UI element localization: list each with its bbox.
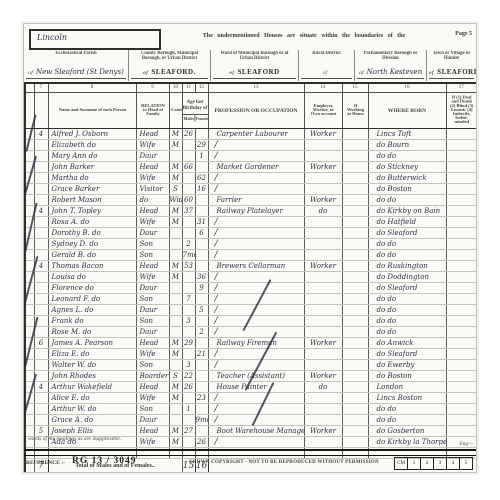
cell-age-female: 26 (195, 437, 208, 448)
cell-age-male: 29 (182, 338, 195, 349)
admin-county-value: Lincoln (37, 33, 67, 42)
header-name: Name and Surname of each Person (48, 93, 136, 129)
cell-condition (169, 404, 182, 415)
table-row: Grace A. do Daur 9mo ∕ do do (25, 415, 476, 426)
cell-occupation: ∕ (208, 173, 304, 184)
cell-employer: Worker (304, 195, 342, 206)
cell-age-female (195, 316, 208, 327)
cell-employer (304, 239, 342, 250)
column-number-row: 7 8 9 10 11 12 13 14 15 16 17 (25, 83, 476, 93)
cell-occupation: Farrier (208, 195, 304, 206)
cell-rooms (34, 415, 48, 426)
cell-name: Martha do (48, 173, 136, 184)
cell-occupation: ∕ (208, 437, 304, 448)
cell-name: Eliza E. do (48, 349, 136, 360)
cell-occupation: ∕ (208, 316, 304, 327)
cell-infirmity (446, 393, 476, 404)
cell-name: Arthur Wakefield (48, 382, 136, 393)
cell-age-male (182, 393, 195, 404)
cell-occupation: ∕ (208, 140, 304, 151)
cell-condition: M (169, 338, 182, 349)
cell-age-female (195, 426, 208, 437)
table-row: Rosa A. do Wife M 31 ∕ do Hatfield (25, 217, 476, 228)
cm-ruler: CM 1 2 3 4 5 (394, 457, 473, 470)
cell-relation: Son (136, 294, 169, 305)
cell-condition (169, 305, 182, 316)
cell-infirmity (446, 129, 476, 140)
table-row: 4 John T. Topley Head M 37 Railway Plate… (25, 206, 476, 217)
cell-age-male (182, 327, 195, 338)
cell-where-born: do do (368, 151, 446, 162)
cell-where-born: do Sleaford (368, 283, 446, 294)
cell-relation: Son (136, 316, 169, 327)
cell-age-female: 6 (195, 228, 208, 239)
cell-where-born: do do (368, 250, 446, 261)
cell-condition (169, 228, 182, 239)
cell-age-male (182, 415, 195, 426)
cell-name: Gerald B. do (48, 250, 136, 261)
table-row: 4 Thomas Bacon Head M 53 Brewers Cellarm… (25, 261, 476, 272)
cell-age-male: 26 (182, 129, 195, 140)
cell-where-born: do Kirkby on Bain (368, 206, 446, 217)
cell-where-born: do do (368, 239, 446, 250)
cell-working-home (342, 316, 368, 327)
cell-occupation: House Painter (208, 382, 304, 393)
cell-name: Arthur W. do (48, 404, 136, 415)
cell-rooms: 4 (34, 129, 48, 140)
cell-age-female: 2 (195, 327, 208, 338)
cell-infirmity (446, 316, 476, 327)
cell-infirmity (446, 283, 476, 294)
reference-label: REFERENCE :- (26, 460, 65, 466)
table-row: Florence do Daur 9 ∕ do Sleaford (25, 283, 476, 294)
cell-houses (25, 415, 34, 426)
cell-relation: do (136, 195, 169, 206)
cell-working-home (342, 371, 368, 382)
cell-working-home (342, 195, 368, 206)
cell-age-female (195, 195, 208, 206)
cell-infirmity (446, 426, 476, 437)
copyright-notice: CROWN COPYRIGHT - NOT TO BE REPRODUCED W… (189, 460, 379, 465)
cell-name: Thomas Bacon (48, 261, 136, 272)
cell-where-born: do Sleaford (368, 349, 446, 360)
admin-county-box: Lincoln (29, 29, 161, 50)
cell-relation: Daur (136, 305, 169, 316)
cell-condition: M (169, 426, 182, 437)
cell-employer (304, 272, 342, 283)
cell-employer (304, 305, 342, 316)
cell-rooms (34, 283, 48, 294)
admin-parliamentary-division: Parliamentary Borough or Division ofNort… (354, 50, 426, 81)
cell-condition (169, 360, 182, 371)
cell-employer: do (304, 382, 342, 393)
admin-ecclesiastical-parish: Ecclesiastical Parish ofNew Sleaford (St… (24, 50, 128, 81)
cell-rooms (34, 217, 48, 228)
cell-working-home (342, 294, 368, 305)
cell-employer (304, 415, 342, 426)
cell-employer (304, 140, 342, 151)
cell-infirmity (446, 195, 476, 206)
cell-relation: Daur (136, 283, 169, 294)
cell-infirmity (446, 382, 476, 393)
cell-where-born: Lincs Boston (368, 393, 446, 404)
cell-employer: Worker (304, 338, 342, 349)
cell-age-female (195, 261, 208, 272)
cell-working-home (342, 327, 368, 338)
header-working-home: If Working at Home (342, 93, 368, 129)
table-row: Leonard F. do Son 7 ∕ do do (25, 294, 476, 305)
table-body: 4 Alfred J. Osborn Head M 26 Carpenter L… (25, 129, 476, 459)
cell-name: John T. Topley (48, 206, 136, 217)
cell-employer: do (304, 206, 342, 217)
cell-occupation: ∕ (208, 327, 304, 338)
cell-working-home (342, 360, 368, 371)
cell-condition: M (169, 393, 182, 404)
cell-rooms (34, 173, 48, 184)
cell-age-female: 5 (195, 305, 208, 316)
cell-relation: Wife (136, 272, 169, 283)
cell-rooms (34, 239, 48, 250)
cell-condition: M (169, 129, 182, 140)
cell-occupation: ∕ (208, 239, 304, 250)
cell-where-born: do Bourn (368, 140, 446, 151)
cell-relation: Wife (136, 437, 169, 448)
cell-where-born: do Butterwick (368, 173, 446, 184)
cell-name: Rose M. do (48, 327, 136, 338)
cell-age-female: 23 (195, 393, 208, 404)
header-occupation: PROFESSION OR OCCUPATION (208, 93, 304, 129)
table-row: 4 Arthur Wakefield Head M 26 House Paint… (25, 382, 476, 393)
cell-name: Rosa A. do (48, 217, 136, 228)
header-age: Age last Birthday of Males Females (182, 93, 208, 129)
cell-occupation: Railway Platelayer (208, 206, 304, 217)
cell-occupation: Teacher (Assistant) (208, 371, 304, 382)
cell-age-female (195, 294, 208, 305)
cell-working-home (342, 261, 368, 272)
cell-infirmity (446, 305, 476, 316)
cell-condition (169, 239, 182, 250)
table-row: Rose M. do Daur 2 ∕ do do (25, 327, 476, 338)
census-scan-page: Lincoln The undermentioned Houses are si… (24, 24, 476, 472)
cell-infirmity (446, 360, 476, 371)
cell-relation: Head (136, 129, 169, 140)
cell-where-born: do do (368, 415, 446, 426)
cell-relation: Wife (136, 393, 169, 404)
cell-age-male (182, 173, 195, 184)
cell-condition: M (169, 206, 182, 217)
cell-employer (304, 294, 342, 305)
cell-occupation: ∕ (208, 228, 304, 239)
cell-infirmity (446, 371, 476, 382)
cell-condition: M (169, 261, 182, 272)
table-row: Sydney D. do Son 2 ∕ do do (25, 239, 476, 250)
cell-rooms (34, 184, 48, 195)
cell-name: Louisa do (48, 272, 136, 283)
cell-age-male (182, 272, 195, 283)
cell-age-female (195, 360, 208, 371)
cell-employer: Worker (304, 426, 342, 437)
cell-name: Alfred J. Osborn (48, 129, 136, 140)
cell-employer: Worker (304, 162, 342, 173)
cell-occupation: ∕ (208, 184, 304, 195)
cell-age-male: 3 (182, 360, 195, 371)
cell-condition: M (169, 382, 182, 393)
cell-working-home (342, 404, 368, 415)
cell-working-home (342, 283, 368, 294)
cell-name: Joseph Ellis (48, 426, 136, 437)
cell-age-male (182, 283, 195, 294)
cell-name: Agnes L. do (48, 305, 136, 316)
table-row: Robert Mason do Widr 60 Farrier Worker d… (25, 195, 476, 206)
cell-rooms (34, 371, 48, 382)
table-row: Grace Barker Visitor S 16 ∕ do Boston (25, 184, 476, 195)
cell-working-home (342, 437, 368, 448)
cell-condition: S (169, 371, 182, 382)
cell-age-female: 1 (195, 151, 208, 162)
cell-relation: Visitor (136, 184, 169, 195)
cell-relation: Son (136, 360, 169, 371)
cell-age-female (195, 404, 208, 415)
cell-age-male (182, 184, 195, 195)
cell-rooms (34, 140, 48, 151)
cell-rooms (34, 349, 48, 360)
cell-working-home (342, 382, 368, 393)
cell-name: John Rhodes (48, 371, 136, 382)
cell-occupation: Market Gardener (208, 162, 304, 173)
cell-name: John Barker (48, 162, 136, 173)
cell-rooms: 5 (34, 426, 48, 437)
table-row: Eliza E. do Wife M 21 ∕ do Sleaford (25, 349, 476, 360)
cell-age-female: 36 (195, 272, 208, 283)
cell-rooms (34, 360, 48, 371)
cell-infirmity (446, 250, 476, 261)
cell-age-female (195, 338, 208, 349)
cell-condition: Widr (169, 195, 182, 206)
table-row: 6 James A. Pearson Head M 29 Railway Fir… (25, 338, 476, 349)
cell-employer (304, 151, 342, 162)
cell-employer: Worker (304, 129, 342, 140)
table-row: Elizabeth do Wife M 29 ∕ do Bourn (25, 140, 476, 151)
cell-age-male: 27 (182, 426, 195, 437)
cell-where-born: London (368, 382, 446, 393)
cell-employer (304, 327, 342, 338)
header-condition: Condition (169, 93, 182, 129)
cell-working-home (342, 338, 368, 349)
cell-condition: M (169, 349, 182, 360)
cell-occupation: Brewers Cellarman (208, 261, 304, 272)
table-row: 5 Joseph Ellis Head M 27 Boot Warehouse … (25, 426, 476, 437)
cell-age-male: 60 (182, 195, 195, 206)
cell-where-born: do do (368, 316, 446, 327)
cell-working-home (342, 393, 368, 404)
cell-infirmity (446, 206, 476, 217)
cell-employer (304, 250, 342, 261)
cell-employer (304, 316, 342, 327)
cell-age-female: 9 (195, 283, 208, 294)
cell-condition (169, 250, 182, 261)
cell-condition: M (169, 437, 182, 448)
cell-age-female: 29 (195, 140, 208, 151)
cell-rooms (34, 294, 48, 305)
cell-name: Leonard F. do (48, 294, 136, 305)
cell-name: Robert Mason (48, 195, 136, 206)
page-title: The undermentioned Houses are situate wi… (154, 33, 454, 39)
cell-houses (25, 305, 34, 316)
cell-where-born: do Stickney (368, 162, 446, 173)
admin-rural-district: Rural District of (298, 50, 354, 81)
table-row: Walter W. do Son 3 ∕ do Ewerby (25, 360, 476, 371)
cell-relation: Wife (136, 140, 169, 151)
cell-infirmity (446, 338, 476, 349)
cell-where-born: do Hatfield (368, 217, 446, 228)
cell-age-male (182, 217, 195, 228)
cell-where-born: Lincs Toft (368, 129, 446, 140)
cell-infirmity (446, 151, 476, 162)
cell-rooms (34, 162, 48, 173)
cell-age-male: 7mo (182, 250, 195, 261)
cell-relation: Boarder (136, 371, 169, 382)
cell-working-home (342, 349, 368, 360)
cell-rooms (34, 272, 48, 283)
cell-infirmity (446, 140, 476, 151)
cell-rooms (34, 393, 48, 404)
cell-working-home (342, 151, 368, 162)
cell-condition: S (169, 184, 182, 195)
cell-where-born: do do (368, 404, 446, 415)
table-row: Alice E. do Wife M 23 ∕ Lincs Boston (25, 393, 476, 404)
cell-infirmity (446, 327, 476, 338)
cell-occupation: ∕ (208, 349, 304, 360)
table-row: Gerald B. do Son 7mo ∕ do do (25, 250, 476, 261)
cell-employer: Worker (304, 371, 342, 382)
cell-age-female (195, 162, 208, 173)
cell-age-male (182, 140, 195, 151)
table-row: Dorothy B. do Daur 6 ∕ do Sleaford (25, 228, 476, 239)
admin-ward: Ward of Municipal Borough or of Urban Di… (210, 50, 298, 81)
cell-condition (169, 415, 182, 426)
admin-town-village: Town or Village or Hamlet ofSLEAFORD (426, 50, 476, 81)
cell-age-female (195, 129, 208, 140)
cell-occupation: ∕ (208, 283, 304, 294)
cell-houses (25, 195, 34, 206)
cell-working-home (342, 173, 368, 184)
cell-infirmity (446, 162, 476, 173)
cell-infirmity (446, 349, 476, 360)
cell-age-male (182, 349, 195, 360)
header-relation: RELATION to Head of Family (136, 93, 169, 129)
cell-condition: M (169, 217, 182, 228)
cell-name: Grace Barker (48, 184, 136, 195)
cell-infirmity (446, 217, 476, 228)
header-infirmity: If (1) Deaf and Dumb (2) Blind (3) Lunat… (446, 93, 476, 129)
cell-employer (304, 228, 342, 239)
cell-where-born: do Kirkby la Thorpe (368, 437, 446, 448)
cell-age-male: 53 (182, 261, 195, 272)
cell-age-female: 62 (195, 173, 208, 184)
cell-employer (304, 404, 342, 415)
cell-age-female (195, 239, 208, 250)
cell-rooms: 6 (34, 338, 48, 349)
cell-name: Alice E. do (48, 393, 136, 404)
cell-age-female (195, 206, 208, 217)
cell-age-male: 2 (182, 239, 195, 250)
column-header-row: Name and Surname of each Person RELATION… (25, 93, 476, 129)
header-where-born: WHERE BORN (368, 93, 446, 129)
cell-where-born: do Gosberton (368, 426, 446, 437)
cell-infirmity (446, 173, 476, 184)
table-row: Louisa do Wife M 36 ∕ do Doddington (25, 272, 476, 283)
cell-where-born: do do (368, 294, 446, 305)
cell-working-home (342, 217, 368, 228)
table-row: Martha do Wife M 62 ∕ do Butterwick (25, 173, 476, 184)
cell-where-born: do Sleaford (368, 228, 446, 239)
table-row: Mary Ann do Daur 1 ∕ do do (25, 151, 476, 162)
cell-where-born: do Boston (368, 184, 446, 195)
cell-age-female: 9mo (195, 415, 208, 426)
cell-age-female (195, 371, 208, 382)
cell-name: Florence do (48, 283, 136, 294)
cell-infirmity (446, 184, 476, 195)
page-number: Page 5 (455, 31, 472, 37)
cell-houses (25, 426, 34, 437)
cell-relation: Head (136, 162, 169, 173)
cell-relation: Head (136, 206, 169, 217)
cell-relation: Head (136, 338, 169, 349)
cell-name: Walter W. do (48, 360, 136, 371)
cell-relation: Daur (136, 228, 169, 239)
cell-working-home (342, 184, 368, 195)
cell-age-male: 3 (182, 316, 195, 327)
table-row: Arthur W. do Son 1 ∕ do do (25, 404, 476, 415)
cell-name: Sydney D. do (48, 239, 136, 250)
cell-age-male (182, 437, 195, 448)
cell-relation: Son (136, 404, 169, 415)
header-employer: Employer, Worker, or Own account (304, 93, 342, 129)
cell-where-born: do Ewerby (368, 360, 446, 371)
cell-rooms: 4 (34, 382, 48, 393)
cell-working-home (342, 415, 368, 426)
cell-working-home (342, 206, 368, 217)
cell-houses (25, 316, 34, 327)
cell-employer (304, 437, 342, 448)
administrative-divisions: Ecclesiastical Parish ofNew Sleaford (St… (24, 50, 476, 81)
cell-relation: Wife (136, 173, 169, 184)
cell-age-male: 26 (182, 382, 195, 393)
cell-rooms (34, 228, 48, 239)
cell-employer: Worker (304, 261, 342, 272)
cell-age-male: 22 (182, 371, 195, 382)
cell-rooms (34, 327, 48, 338)
cell-occupation: Boot Warehouse Manager (208, 426, 304, 437)
cell-where-born: do Boston (368, 371, 446, 382)
cell-relation: Daur (136, 327, 169, 338)
cell-working-home (342, 129, 368, 140)
cell-condition (169, 316, 182, 327)
cell-age-male (182, 228, 195, 239)
cell-condition (169, 294, 182, 305)
cell-working-home (342, 239, 368, 250)
cell-employer (304, 393, 342, 404)
cell-condition (169, 327, 182, 338)
cell-age-male: 7 (182, 294, 195, 305)
cell-infirmity (446, 415, 476, 426)
cell-houses (25, 250, 34, 261)
cell-employer (304, 283, 342, 294)
cell-relation: Wife (136, 349, 169, 360)
cell-where-born: do do (368, 305, 446, 316)
cell-where-born: do Doddington (368, 272, 446, 283)
cell-employer (304, 217, 342, 228)
